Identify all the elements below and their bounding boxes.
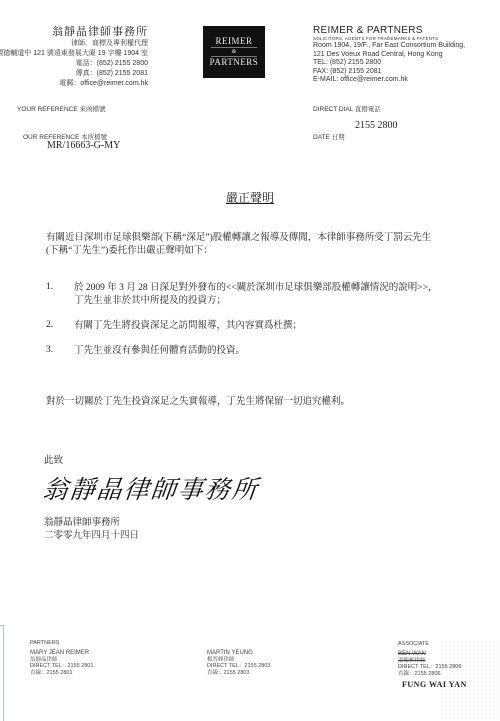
item-1-line-1: 於 2009 年 3 月 28 日深足對外發布的<<關於深圳市足球俱樂部股權轉讓…: [74, 282, 437, 295]
letterhead-chinese: 翁靜晶律師事務所 律師．商標及專利權代理 香港中環德輔道中 121 號遠東發展大…: [0, 25, 148, 89]
firm-logo: REIMER & PARTNERS: [203, 26, 265, 78]
statement-title-text: 嚴正聲明: [226, 191, 274, 205]
firm-name-english: REIMER & PARTNERS: [313, 25, 465, 36]
fax-english: FAX: (852) 2155 2081: [313, 68, 465, 77]
associate-label: ASSOCIATE: [398, 641, 429, 648]
margin-rule: [3, 625, 4, 721]
salutation: 此致: [44, 455, 63, 468]
letter-date: 二零零九年四月十四日: [44, 530, 139, 543]
partner-direct-tel: DIRECT TEL：2155 2803: [207, 663, 270, 670]
direct-dial-label: DIRECT DIAL 直撥電話: [313, 104, 381, 113]
item-text: 於 2009 年 3 月 28 日深足對外發布的<<關於深圳市足球俱樂部股權轉讓…: [74, 282, 437, 308]
intro-line-1: 有關近日深圳市足球俱樂部(下稱“深足”)股權轉讓之報導及傳聞，本律師事務所受丁罰…: [46, 232, 431, 245]
item-number: 3.: [46, 345, 53, 355]
logo-line-reimer: REIMER: [215, 36, 252, 47]
associate-direct-line: 直線：2155 2806: [398, 671, 461, 678]
statement-title: 嚴正聲明: [0, 189, 500, 206]
partners-label: PARTNERS: [30, 640, 59, 647]
partner-direct-line: 直線：2155 2803: [207, 670, 270, 677]
partner-name: MARY JEAN REIMER: [30, 650, 93, 657]
item-number: 2.: [46, 320, 53, 330]
date-label: DATE 日期: [313, 132, 345, 141]
email-chinese: 電郵：office@reimer.com.hk: [0, 79, 148, 89]
intro-line-2: (下稱“丁先生”)委托作出嚴正聲明如下：: [46, 245, 431, 258]
partner-direct-tel: DIRECT TEL：2155 2801: [30, 663, 93, 670]
associate-stamped-name: FUNG WAI YAN: [402, 680, 467, 689]
firm-name-chinese: 翁靜晶律師事務所: [0, 25, 148, 39]
email-english: E-MAIL: office@reimer.com.hk: [313, 76, 465, 85]
partner-direct-line: 直線：2155 2801: [30, 670, 93, 677]
logo-ampersand: &: [211, 47, 257, 57]
firm-subtitle-chinese: 律師．商標及專利權代理: [0, 39, 148, 49]
intro-paragraph: 有關近日深圳市足球俱樂部(下稱“深足”)股權轉讓之報導及傳聞，本律師事務所受丁罰…: [46, 232, 431, 258]
address-line-2: 121 Des Voeux Road Central, Hong Kong: [313, 51, 465, 60]
our-reference-value: MR/16663-G-MY: [47, 140, 120, 151]
address-line-1: Room 1904, 19/F., Far East Consortium Bu…: [313, 42, 465, 51]
partner-mary-jean-reimer: MARY JEAN REIMER 翁靜晶律師 DIRECT TEL：2155 2…: [30, 650, 93, 676]
closing-paragraph: 對於一切關於丁先生投資深足之失實報導，丁先生將保留一切追究權利。: [46, 396, 350, 409]
item-1-line-2: 丁先生並非於其中所提及的投資方；: [74, 295, 437, 308]
fax-chinese: 傳真：(852) 2155 2081: [0, 69, 148, 79]
letterhead-english: REIMER & PARTNERS SOLICITORS, AGENTS FOR…: [313, 25, 465, 85]
tel-english: TEL: (852) 2155 2800: [313, 59, 465, 68]
item-number: 1.: [46, 282, 53, 292]
direct-dial-value: 2155 2800: [355, 120, 398, 131]
item-2-line-1: 有關丁先生將投資深足之訪問報導，其內容實爲杜撰；: [74, 320, 302, 333]
associate-block: BEN WAN 溫衛彬律師 DIRECT TEL：2155 2806 直線：21…: [398, 651, 461, 677]
your-reference-label: YOUR REFERENCE 來函檔號: [17, 104, 105, 113]
logo-line-partners: PARTNERS: [210, 57, 259, 68]
tel-chinese: 電話：(852) 2155 2800: [0, 59, 148, 69]
item-3-line-1: 丁先生並沒有參與任何體育活動的投資。: [74, 345, 245, 358]
signatory-name: 翁靜晶律師事務所: [44, 517, 120, 530]
address-chinese: 香港中環德輔道中 121 號遠東發展大廈 19 字樓 1904 室: [0, 49, 148, 59]
handwritten-signature: 翁靜晶律師事務所: [41, 470, 261, 506]
partner-martin-yeung: MARTIN YEUNG 楊普峰律師 DIRECT TEL：2155 2803 …: [207, 650, 270, 676]
associate-direct-tel: DIRECT TEL：2155 2806: [398, 664, 461, 671]
